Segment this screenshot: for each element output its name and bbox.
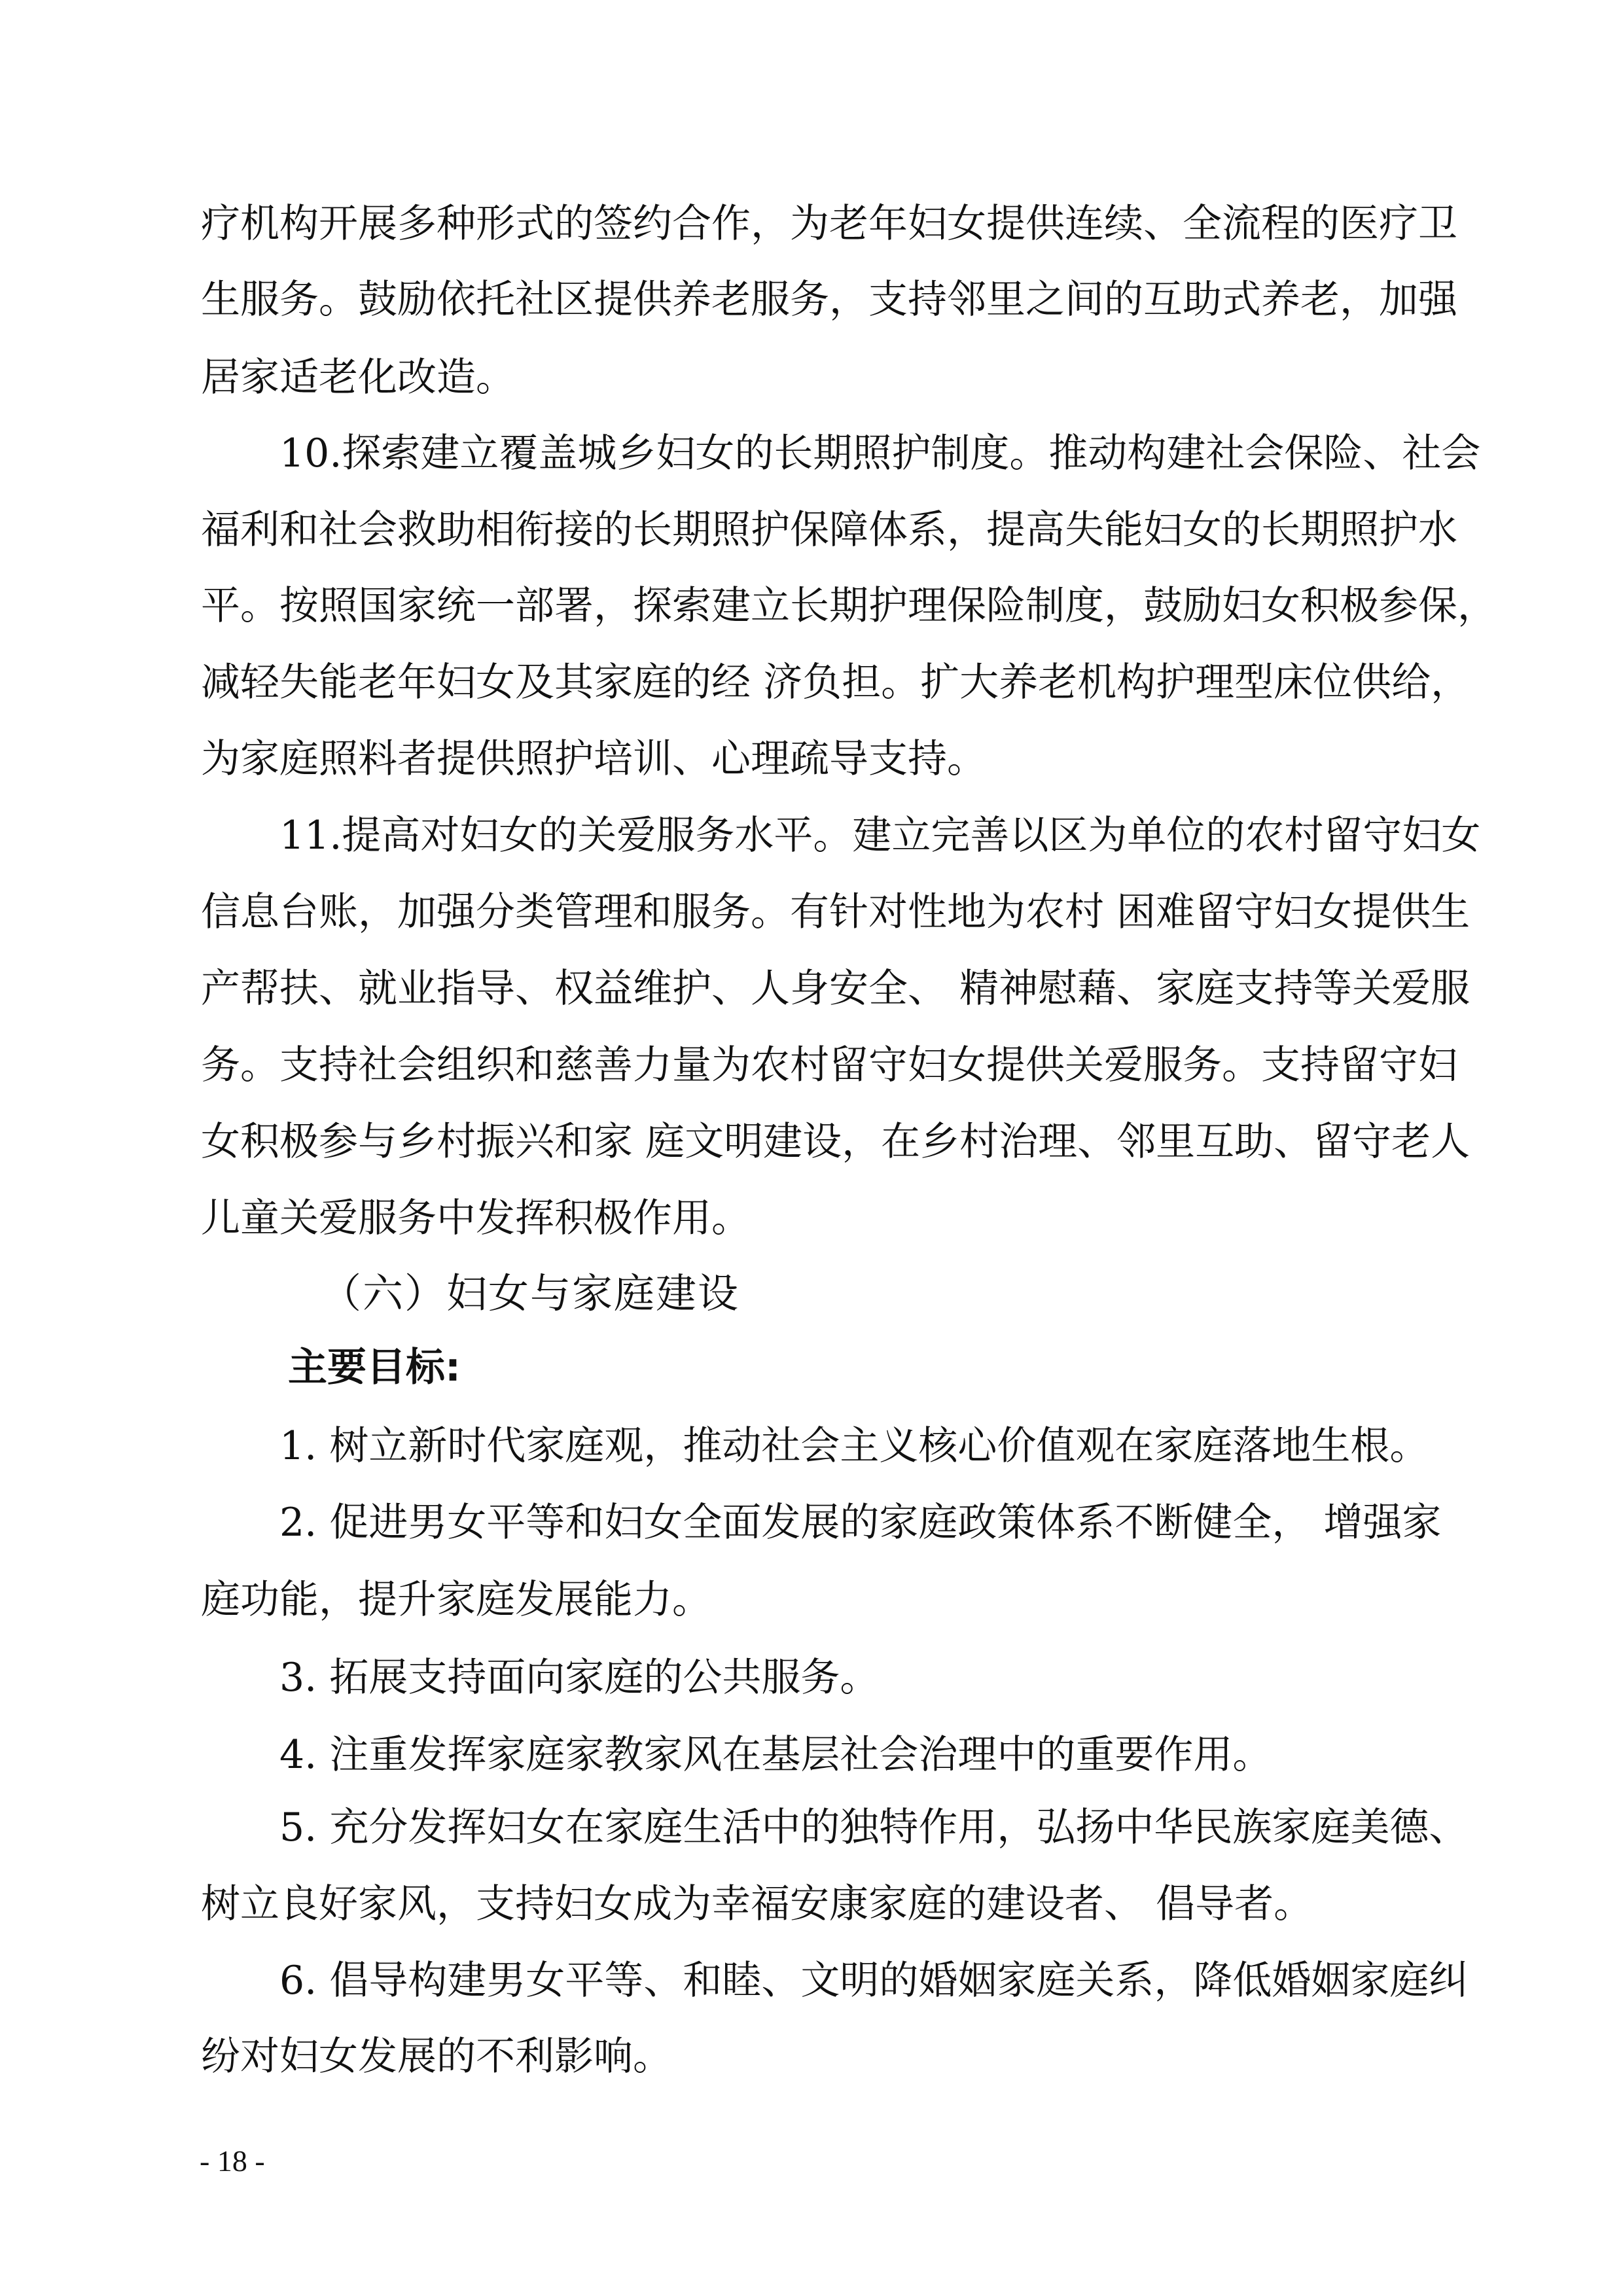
paragraph-line: 平。按照国家统一部署，探索建立长期护理保险制度，鼓励妇女积极参保，	[201, 568, 1436, 644]
paragraph-line: 儿童关爱服务中发挥积极作用。	[201, 1180, 1436, 1256]
section-heading: （六）妇女与家庭建设	[321, 1256, 740, 1332]
paragraph-line: 减轻失能老年妇女及其家庭的经 济负担。扩大养老机构护理型床位供给，	[201, 645, 1436, 720]
document-page: 疗机构开展多种形式的签约合作，为老年妇女提供连续、全流程的医疗卫 生服务。鼓励依…	[0, 0, 1623, 2296]
paragraph-line: 务。支持社会组织和慈善力量为农村留守妇女提供关爱服务。支持留守妇	[201, 1027, 1436, 1103]
goal-item-5-continued: 树立良好家风，支持妇女成为幸福安康家庭的建设者、 倡导者。	[201, 1866, 1436, 1942]
goal-item-6: 6. 倡导构建男女平等、和睦、文明的婚姻家庭关系，降低婚姻家庭纠	[279, 1943, 1436, 2019]
paragraph-line: 信息台账，加强分类管理和服务。有针对性地为农村 困难留守妇女提供生	[201, 874, 1436, 950]
goal-item-2: 2. 促进男女平等和妇女全面发展的家庭政策体系不断健全， 增强家	[279, 1485, 1436, 1561]
main-goals-heading: 主要目标:	[288, 1330, 461, 1405]
paragraph-line: 产帮扶、就业指导、权益维护、人身安全、 精神慰藉、家庭支持等关爱服	[201, 951, 1436, 1027]
paragraph-line: 福利和社会救助相衔接的长期照护保障体系，提高失能妇女的长期照护水	[201, 492, 1436, 568]
paragraph-11-first-line: 11.提高对妇女的关爱服务水平。建立完善以区为单位的农村留守妇女	[279, 798, 1436, 874]
paragraph-10-first-line: 10.探索建立覆盖城乡妇女的长期照护制度。推动构建社会保险、社会	[279, 415, 1436, 491]
goal-item-2-continued: 庭功能，提升家庭发展能力。	[201, 1562, 1436, 1638]
paragraph-line: 生服务。鼓励依托社区提供养老服务，支持邻里之间的互助式养老，加强	[201, 262, 1436, 338]
paragraph-line: 疗机构开展多种形式的签约合作，为老年妇女提供连续、全流程的医疗卫	[201, 186, 1436, 262]
goal-item-4: 4. 注重发挥家庭家教家风在基层社会治理中的重要作用。	[279, 1717, 1436, 1793]
page-number: - 18 -	[200, 2143, 265, 2180]
goal-item-3: 3. 拓展支持面向家庭的公共服务。	[279, 1640, 1436, 1716]
goal-item-6-continued: 纷对妇女发展的不利影响。	[201, 2019, 1436, 2094]
paragraph-line: 居家适老化改造。	[201, 340, 1436, 415]
goal-item-5: 5. 充分发挥妇女在家庭生活中的独特作用，弘扬中华民族家庭美德、	[279, 1790, 1436, 1865]
paragraph-line: 女积极参与乡村振兴和家 庭文明建设，在乡村治理、邻里互助、留守老人	[201, 1104, 1436, 1180]
goal-item-1: 1. 树立新时代家庭观，推动社会主义核心价值观在家庭落地生根。	[279, 1408, 1436, 1484]
paragraph-line: 为家庭照料者提供照护培训、心理疏导支持。	[201, 721, 1436, 797]
